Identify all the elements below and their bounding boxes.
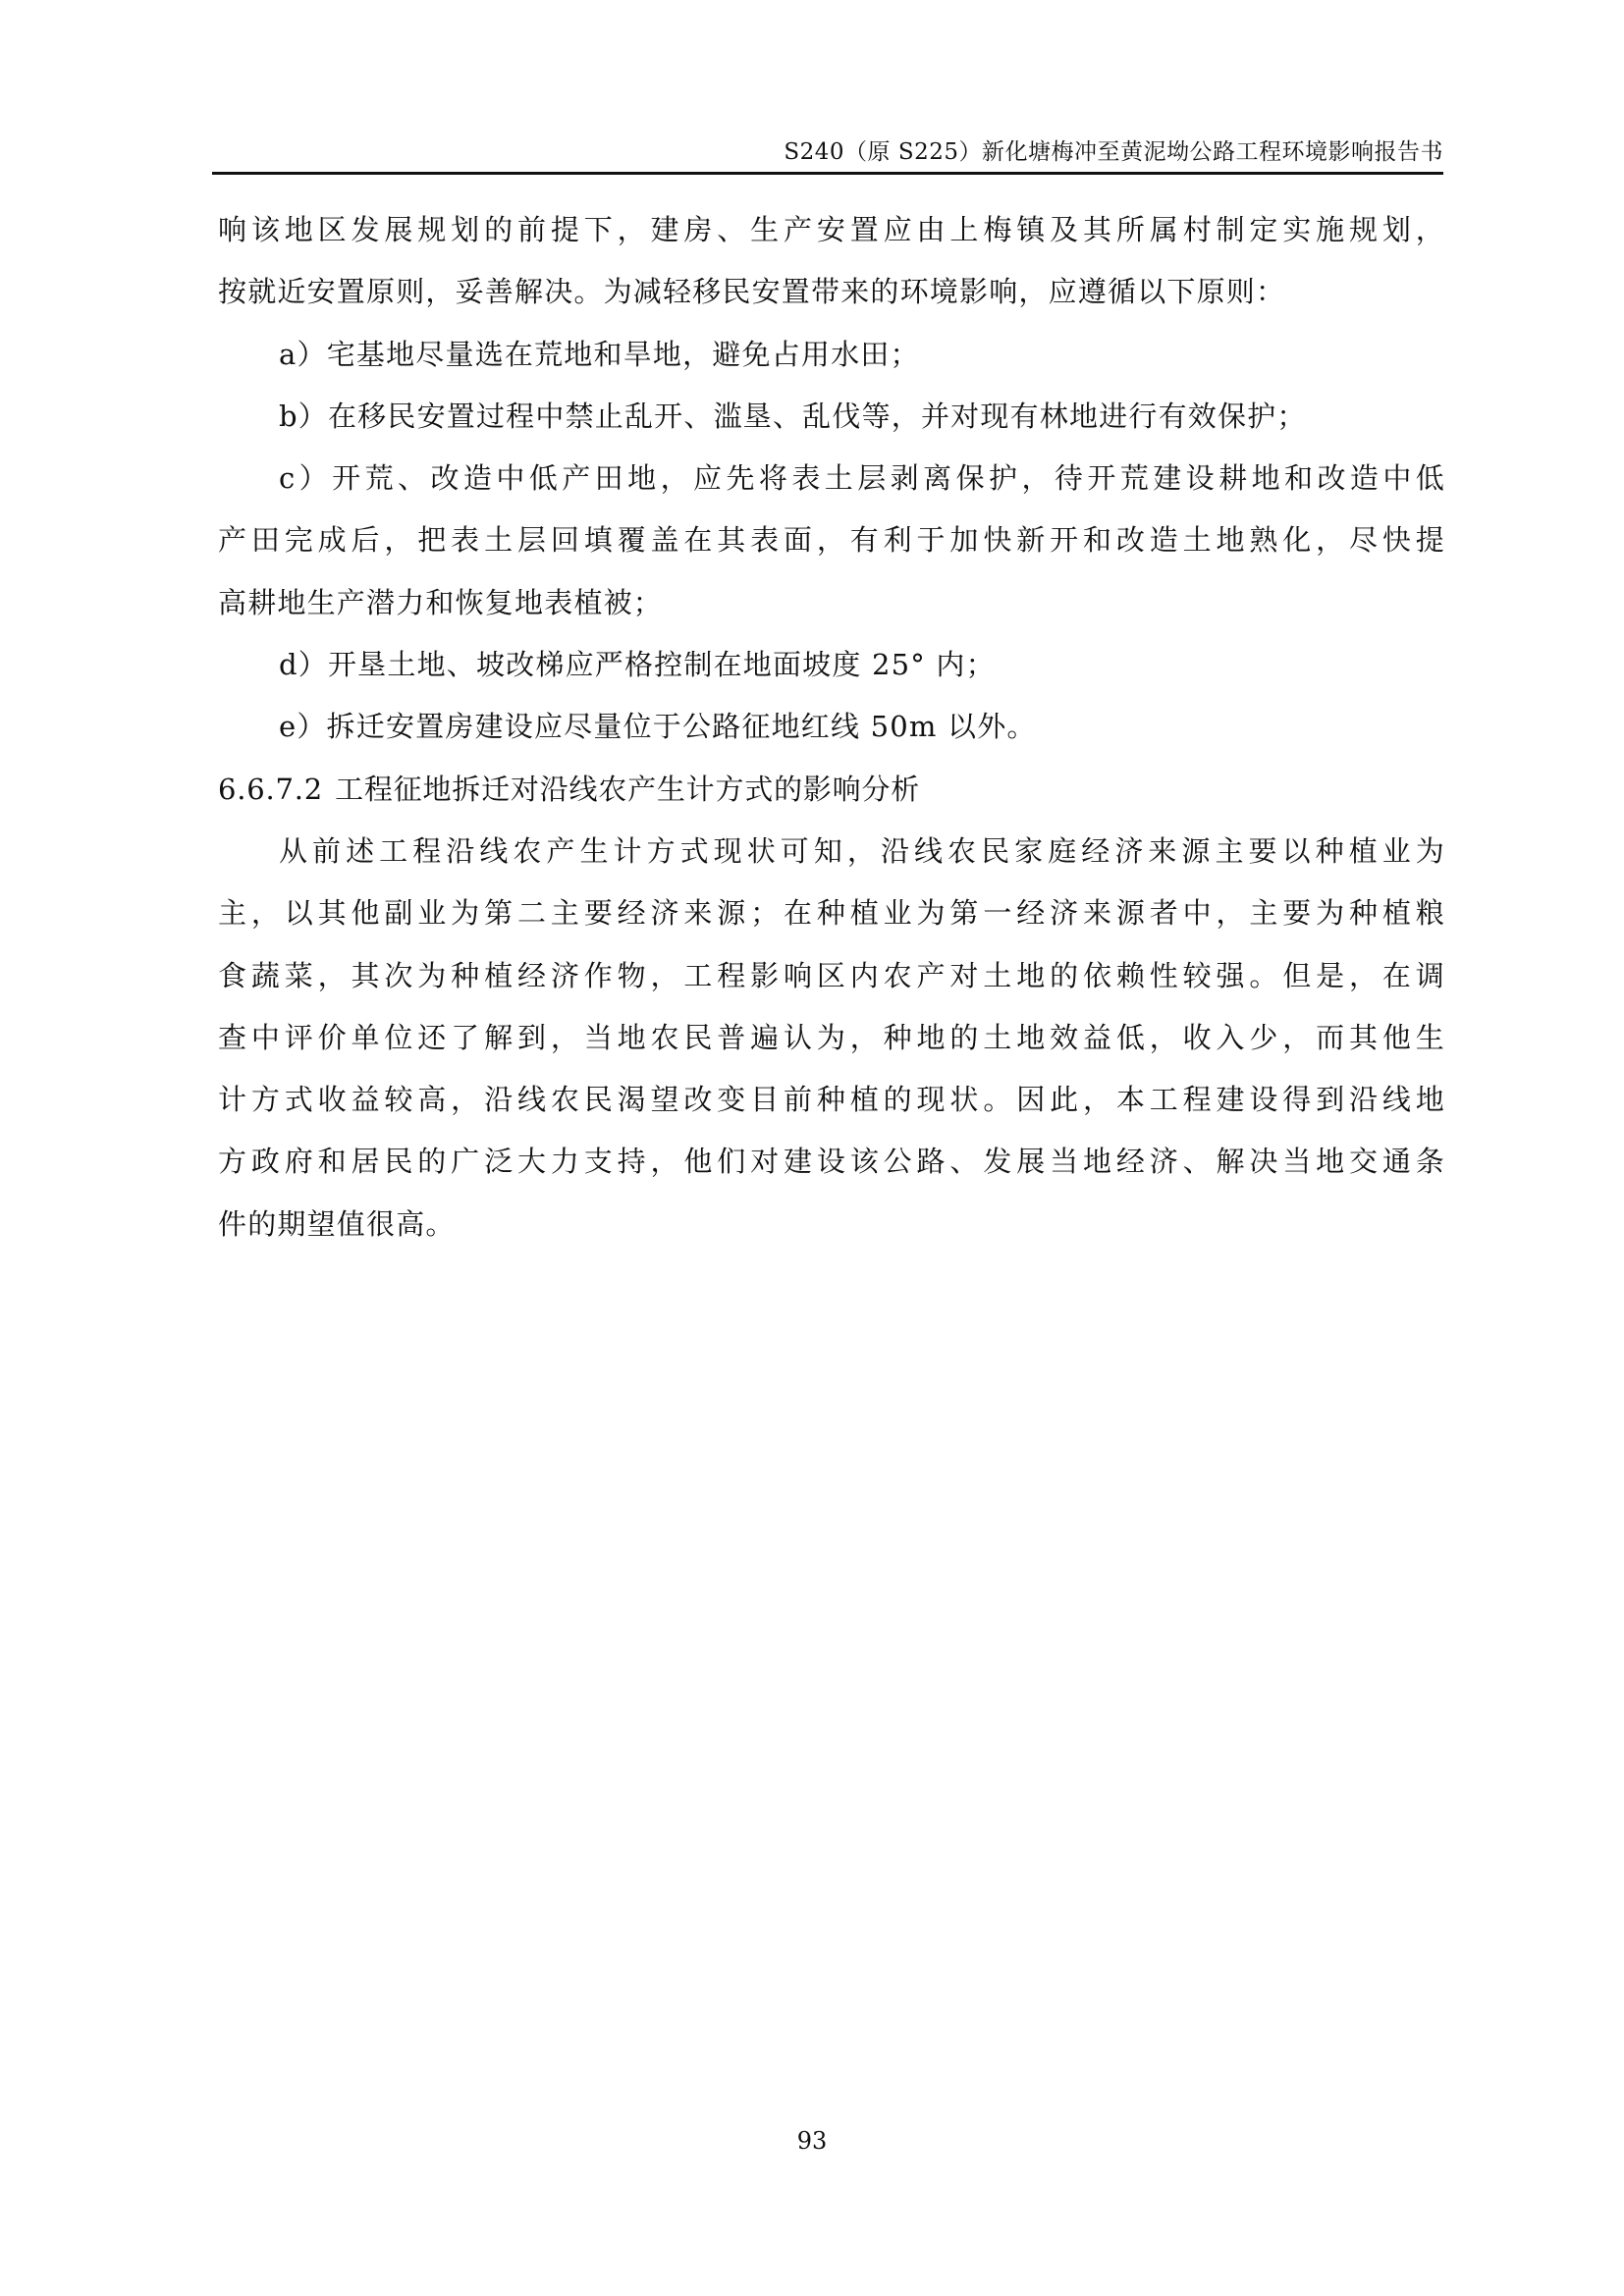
paragraph-line: 按就近安置原则，妥善解决。为减轻移民安置带来的环境影响，应遵循以下原则：	[218, 261, 1445, 323]
section-title: 工程征地拆迁对沿线农产生计方式的影响分析	[335, 773, 920, 806]
paragraph-line: 主，以其他副业为第二主要经济来源；在种植业为第一经济来源者中，主要为种植粮	[218, 882, 1445, 944]
page-header: S240（原 S225）新化塘梅冲至黄泥坳公路工程环境影响报告书	[212, 137, 1443, 177]
principle-d: d）开垦土地、坡改梯应严格控制在地面坡度 25° 内；	[218, 634, 1445, 696]
paragraph-line: 件的期望值很高。	[218, 1194, 1445, 1255]
page-number: 93	[0, 2126, 1624, 2156]
principle-c-continued: 产田完成后，把表土层回填覆盖在其表面，有利于加快新开和改造土地熟化，尽快提	[218, 509, 1445, 571]
principle-a: a）宅基地尽量选在荒地和旱地，避免占用水田；	[218, 324, 1445, 386]
paragraph-line: 计方式收益较高，沿线农民渴望改变目前种植的现状。因此，本工程建设得到沿线地	[218, 1069, 1445, 1131]
document-title: S240（原 S225）新化塘梅冲至黄泥坳公路工程环境影响报告书	[784, 137, 1443, 167]
paragraph-line: 查中评价单位还了解到，当地农民普遍认为，种地的土地效益低，收入少，而其他生	[218, 1007, 1445, 1069]
page-content: 响该地区发展规划的前提下，建房、生产安置应由上梅镇及其所属村制定实施规划， 按就…	[218, 199, 1445, 1255]
principle-c-continued: 高耕地生产潜力和恢复地表植被；	[218, 572, 1445, 634]
principle-c: c）开荒、改造中低产田地，应先将表土层剥离保护，待开荒建设耕地和改造中低	[218, 448, 1445, 509]
paragraph-line: 从前述工程沿线农产生计方式现状可知，沿线农民家庭经济来源主要以种植业为	[218, 821, 1445, 882]
paragraph-line: 方政府和居民的广泛大力支持，他们对建设该公路、发展当地经济、解决当地交通条	[218, 1131, 1445, 1193]
paragraph-line: 食蔬菜，其次为种植经济作物，工程影响区内农产对土地的依赖性较强。但是，在调	[218, 945, 1445, 1007]
paragraph-line: 响该地区发展规划的前提下，建房、生产安置应由上梅镇及其所属村制定实施规划，	[218, 199, 1445, 261]
header-divider	[212, 172, 1443, 175]
section-number: 6.6.7.2	[218, 773, 323, 806]
principle-e: e）拆迁安置房建设应尽量位于公路征地红线 50m 以外。	[218, 696, 1445, 758]
section-heading: 6.6.7.2工程征地拆迁对沿线农产生计方式的影响分析	[218, 759, 1445, 821]
principle-b: b）在移民安置过程中禁止乱开、滥垦、乱伐等，并对现有林地进行有效保护；	[218, 386, 1445, 448]
